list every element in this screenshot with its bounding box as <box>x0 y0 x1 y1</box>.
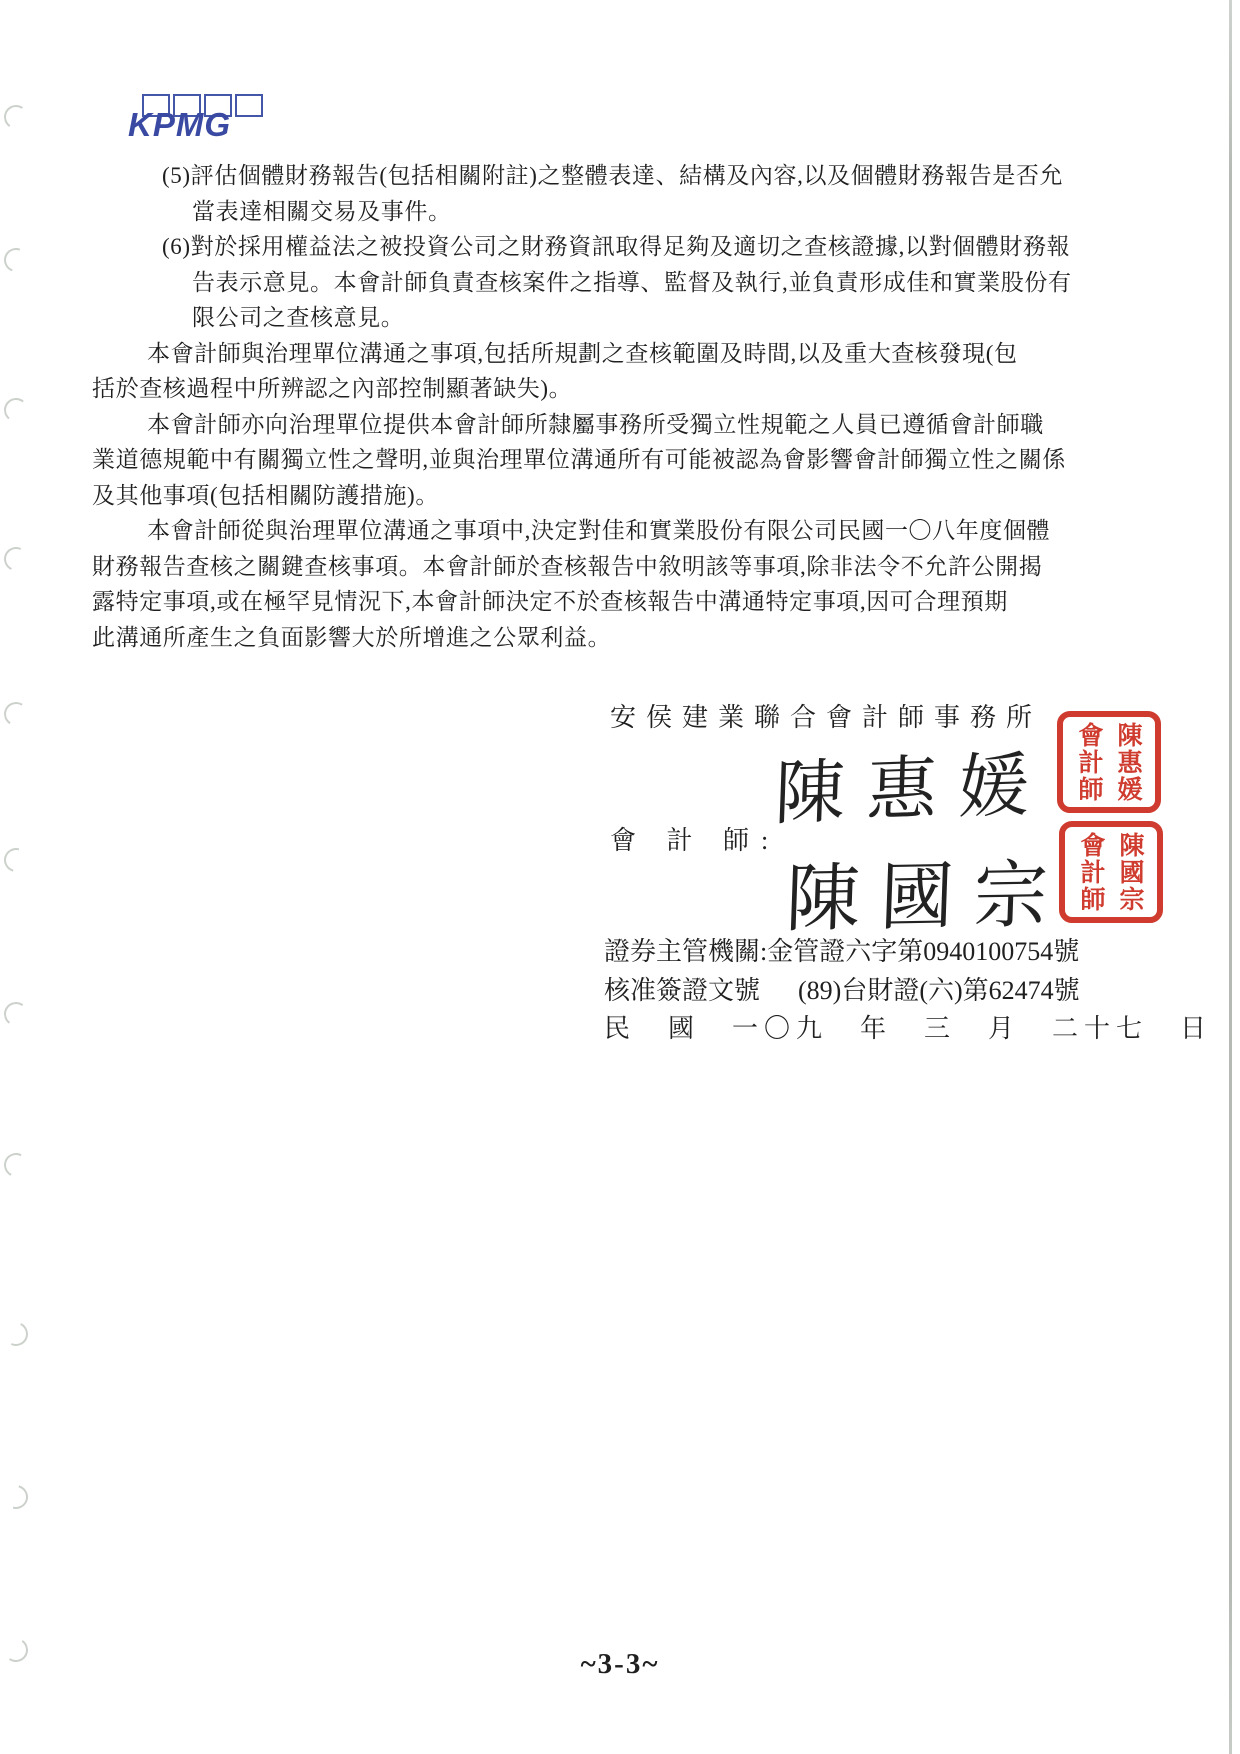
body-line: 本會計師亦向治理單位提供本會計師所隸屬事務所受獨立性規範之人員已遵循會計師職 <box>147 407 1150 443</box>
body-line: (6)對於採用權益法之被投資公司之財務資訊取得足夠及適切之查核證據,以對個體財務… <box>162 229 1150 265</box>
binder-hole-mark <box>2 103 30 131</box>
accountant-label: 會 計 師: <box>610 820 780 857</box>
approval-label: 核准簽證文號 <box>604 976 760 1005</box>
securities-authority-line: 證券主管機關:金管證六字第0940100754號 <box>604 931 1079 968</box>
body-line: 財務報告查核之關鍵查核事項。本會計師於查核報告中敘明該等事項,除非法令不允許公開… <box>92 549 1150 585</box>
body-line: 當表達相關交易及事件。 <box>192 194 1150 230</box>
body-line: 此溝通所產生之負面影響大於所增進之公眾利益。 <box>92 620 1150 656</box>
body-line: 及其他事項(包括相關防護措施)。 <box>92 478 1150 514</box>
red-seal-chen-hui-yuan: 會計師 陳惠媛 <box>1057 711 1161 813</box>
binder-hole-mark <box>2 1000 29 1027</box>
body-line: 告表示意見。本會計師負責查核案件之指導、監督及執行,並負責形成佳和實業股份有 <box>192 265 1150 301</box>
body-line: 括於查核過程中所辨認之內部控制顯著缺失)。 <box>92 371 1150 407</box>
binder-hole-mark <box>0 844 32 877</box>
red-seal-chen-guo-zong: 會計師 陳國宗 <box>1059 821 1163 923</box>
seal-column-name: 陳國宗 <box>1118 832 1143 913</box>
kpmg-logo-text: KPMG <box>128 108 263 141</box>
binder-hole-mark <box>0 1481 32 1514</box>
approval-document-line: 核准簽證文號(89)台財證(六)第62474號 <box>604 970 1080 1007</box>
body-line: 業道德規範中有關獨立性之聲明,並與治理單位溝通所有可能被認為會影響會計師獨立性之… <box>92 442 1150 478</box>
body-line: (5)評估個體財務報告(包括相關附註)之整體表達、結構及內容,以及個體財務報告是… <box>162 158 1150 194</box>
page-number: ~3-3~ <box>0 1648 1240 1681</box>
signature-chen-hui-yuan: 陳惠媛 <box>773 728 1052 839</box>
signature-chen-guo-zong: 陳國宗 <box>784 835 1070 946</box>
kpmg-logo: KPMG <box>128 94 263 141</box>
seal-column-title: 會計師 <box>1079 832 1104 913</box>
scan-edge-line <box>1229 0 1232 1754</box>
report-date-line: 民 國 一〇九 年 三 月 二十七 日 <box>604 1008 1212 1045</box>
body-line: 限公司之查核意見。 <box>192 300 1150 336</box>
binder-hole-mark <box>1 1319 32 1350</box>
seal-column-name: 陳惠媛 <box>1116 722 1141 803</box>
binder-hole-mark <box>1 1150 31 1180</box>
body-line: 本會計師從與治理單位溝通之事項中,決定對佳和實業股份有限公司民國一〇八年度個體 <box>147 513 1150 549</box>
body-line: 本會計師與治理單位溝通之事項,包括所規劃之查核範圍及時間,以及重大查核發現(包 <box>147 336 1150 372</box>
approval-number: (89)台財證(六)第62474號 <box>798 976 1080 1005</box>
body-line: 露特定事項,或在極罕見情況下,本會計師決定不於查核報告中溝通特定事項,因可合理預… <box>92 584 1150 620</box>
seal-column-title: 會計師 <box>1077 722 1102 803</box>
report-body: (5)評估個體財務報告(包括相關附註)之整體表達、結構及內容,以及個體財務報告是… <box>0 158 1150 655</box>
firm-name: 安侯建業聯合會計師事務所 <box>610 697 1042 734</box>
scanned-audit-report-page: KPMG (5)評估個體財務報告(包括相關附註)之整體表達、結構及內容,以及個體… <box>0 0 1240 1754</box>
binder-hole-mark <box>2 700 30 728</box>
